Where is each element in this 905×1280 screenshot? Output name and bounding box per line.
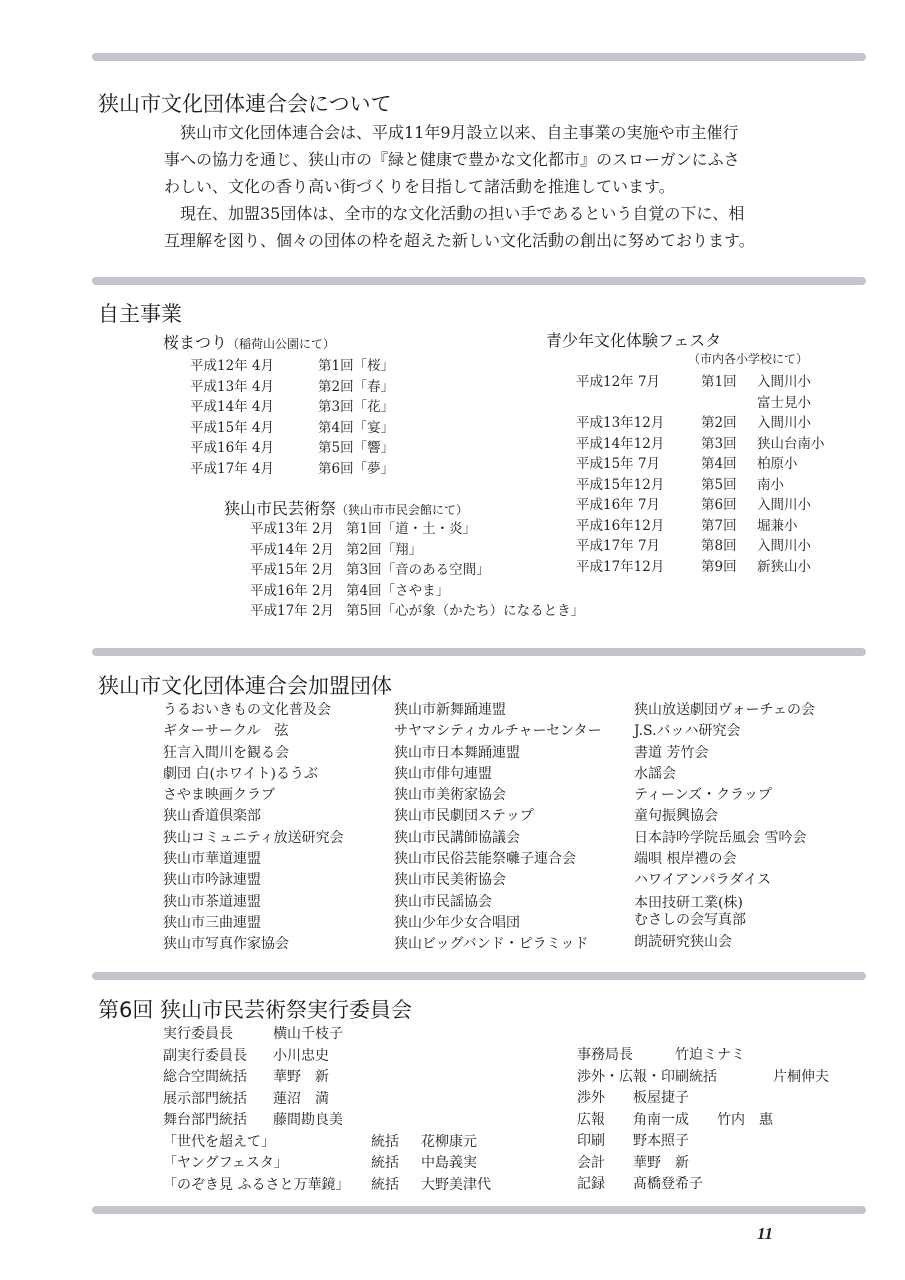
geijutsusai-list: 平成13年 2月第1回「道・土・炎」 平成14年 2月第2回「翔」 平成15年 …	[250, 519, 584, 622]
list-item: 本田技研工業(株)	[634, 895, 815, 912]
list-item: 平成15年 7月第4回柏原小	[576, 454, 825, 475]
list-item: 平成13年 2月第1回「道・土・炎」	[250, 519, 584, 540]
list-item: 狭山放送劇団ヴォーチェの会	[634, 700, 815, 721]
list-item: J.S.バッハ研究会	[634, 721, 815, 742]
list-item: 渉外板屋捷子	[577, 1088, 829, 1110]
divider	[92, 648, 866, 656]
list-item: 会計華野 新	[577, 1153, 829, 1175]
list-item: 狭山市日本舞踊連盟	[394, 743, 602, 764]
list-item: 狭山市三曲連盟	[163, 913, 344, 934]
list-item: うるおいきもの文化普及会	[163, 700, 344, 721]
projects-heading: 自主事業	[98, 298, 182, 328]
list-item: 平成12年 7月第1回入間川小	[576, 372, 825, 393]
list-item: 狭山市新舞踊連盟	[394, 700, 602, 721]
list-item: 「ヤングフェスタ」統括中島義実	[163, 1153, 491, 1175]
list-item: 平成13年 4月第2回「春」	[190, 377, 394, 398]
list-item: 平成16年 7月第6回入間川小	[576, 495, 825, 516]
list-item: 平成15年 2月第3回「音のある空間」	[250, 560, 584, 581]
members-heading: 狭山市文化団体連合会加盟団体	[98, 670, 392, 700]
committee-left: 実行委員長横山千枝子 副実行委員長小川忠史 総合空間統括華野 新 展示部門統括蓮…	[163, 1024, 491, 1196]
list-item: 劇団 白(ホワイト)るうぶ	[163, 764, 344, 785]
sakura-venue: （稲荷山公園にて）	[227, 337, 335, 351]
list-item: 書道 芳竹会	[634, 743, 815, 764]
list-item: 平成14年12月第3回狭山台南小	[576, 434, 825, 455]
sakura-name: 桜まつり	[163, 333, 227, 352]
list-item: 狭山市吟詠連盟	[163, 870, 344, 891]
list-item: 狭山市民俗芸能祭囃子連合会	[394, 849, 602, 870]
list-item: 平成17年12月第9回新狭山小	[576, 557, 825, 578]
list-item: 平成13年12月第2回入間川小	[576, 413, 825, 434]
sakura-list: 平成12年 4月第1回「桜」 平成13年 4月第2回「春」 平成14年 4月第3…	[190, 356, 394, 479]
about-line: 事への協力を通じ、狭山市の『緑と健康で豊かな文化都市』のスローガンにふさ	[164, 147, 740, 173]
list-item: 平成17年 4月第6回「夢」	[190, 459, 394, 480]
page-number: 11	[757, 1224, 773, 1244]
list-item: 「世代を超えて」統括花柳康元	[163, 1132, 491, 1154]
list-item: 狭山市民講師協議会	[394, 828, 602, 849]
list-item: 狭山市俳句連盟	[394, 764, 602, 785]
list-item: 印刷野本照子	[577, 1131, 829, 1153]
members-col3: 狭山放送劇団ヴォーチェの会 J.S.バッハ研究会 書道 芳竹会 水謡会 ティーン…	[634, 700, 815, 953]
divider	[92, 1206, 866, 1214]
sakura-title: 桜まつり（稲荷山公園にて）	[163, 330, 335, 353]
list-item: 狭山市民劇団ステップ	[394, 806, 602, 827]
festa-title: 青少年文化体験フェスタ	[546, 328, 721, 351]
list-item: 平成12年 4月第1回「桜」	[190, 356, 394, 377]
list-item: 端唄 根岸禮の会	[634, 849, 815, 870]
list-item: 水謡会	[634, 764, 815, 785]
list-item: 渉外・広報・印刷統括片桐伸夫	[577, 1067, 829, 1089]
list-item: 狭山市写真作家協会	[163, 934, 344, 955]
list-item: 狭山市美術家協会	[394, 785, 602, 806]
list-item: 平成15年 4月第4回「宴」	[190, 418, 394, 439]
list-item: 狭山香道倶楽部	[163, 806, 344, 827]
members-col1: うるおいきもの文化普及会 ギターサークル 弦 狂言入間川を観る会 劇団 白(ホワ…	[163, 700, 344, 956]
list-item: 舞台部門統括藤間勘良美	[163, 1110, 491, 1132]
about-line: わしい、文化の香り高い街づくりを目指して諸活動を推進しています。	[164, 174, 675, 200]
list-item: 記録髙橋登希子	[577, 1174, 829, 1196]
list-item: ティーンズ・クラップ	[634, 785, 815, 806]
list-item: ギターサークル 弦	[163, 721, 344, 742]
list-item: 広報角南一成 竹内 惠	[577, 1110, 829, 1132]
geijutsusai-title: 狭山市民芸術祭（狭山市市民会館にて）	[224, 496, 468, 519]
list-item: 「のぞき見 ふるさと万華鏡」統括大野美津代	[163, 1175, 491, 1197]
list-item: 狭山市民謡協会	[394, 892, 602, 913]
list-item: 童句振興協会	[634, 806, 815, 827]
list-item: 狭山市茶道連盟	[163, 892, 344, 913]
list-item: 実行委員長横山千枝子	[163, 1024, 491, 1046]
list-item: 富士見小	[576, 393, 825, 414]
list-item: 総合空間統括華野 新	[163, 1067, 491, 1089]
divider	[92, 53, 866, 61]
list-item: 平成17年 2月第5回「心が象（かたち）になるとき」	[250, 601, 584, 622]
festa-list: 平成12年 7月第1回入間川小 富士見小 平成13年12月第2回入間川小 平成1…	[576, 372, 825, 577]
list-item: 狂言入間川を観る会	[163, 743, 344, 764]
committee-right: 事務局長竹迫ミナミ 渉外・広報・印刷統括片桐伸夫 渉外板屋捷子 広報角南一成 竹…	[577, 1045, 829, 1196]
about-line: 互理解を図り、個々の団体の枠を超えた新しい文化活動の創出に努めております。	[164, 228, 755, 254]
list-item: 事務局長竹迫ミナミ	[577, 1045, 829, 1067]
geijutsusai-name: 狭山市民芸術祭	[224, 499, 336, 518]
list-item: むさしの会写真部	[634, 912, 815, 929]
list-item: 展示部門統括蓮沼 満	[163, 1089, 491, 1111]
about-line: 現在、加盟35団体は、全市的な文化活動の担い手であるという自覚の下に、相	[180, 201, 744, 227]
list-item: 副実行委員長小川忠史	[163, 1046, 491, 1068]
list-item: 平成16年 2月第4回「さやま」	[250, 581, 584, 602]
list-item: 狭山ビッグバンド・ピラミッド	[394, 934, 602, 955]
festa-venue: （市内各小学校にて）	[688, 350, 808, 367]
list-item: 朗読研究狭山会	[634, 932, 815, 953]
list-item: 平成17年 7月第8回入間川小	[576, 536, 825, 557]
about-line: 狭山市文化団体連合会は、平成11年9月設立以来、自主事業の実施や市主催行	[180, 120, 739, 146]
list-item: 平成15年12月第5回南小	[576, 475, 825, 496]
list-item: 狭山コミュニティ放送研究会	[163, 828, 344, 849]
list-item: さやま映画クラブ	[163, 785, 344, 806]
list-item: 平成14年 2月第2回「翔」	[250, 540, 584, 561]
divider	[92, 972, 866, 980]
geijutsusai-venue: （狭山市市民会館にて）	[336, 503, 468, 517]
list-item: ハワイアンパラダイス	[634, 870, 815, 891]
divider	[92, 277, 866, 285]
list-item: 狭山市民美術協会	[394, 870, 602, 891]
members-col2: 狭山市新舞踊連盟 サヤマシティカルチャーセンター 狭山市日本舞踊連盟 狭山市俳句…	[394, 700, 602, 956]
about-heading: 狭山市文化団体連合会について	[98, 88, 392, 118]
list-item: 平成14年 4月第3回「花」	[190, 397, 394, 418]
list-item: 平成16年12月第7回堀兼小	[576, 516, 825, 537]
list-item: サヤマシティカルチャーセンター	[394, 721, 602, 742]
committee-heading: 第6回 狭山市民芸術祭実行委員会	[98, 994, 412, 1024]
list-item: 狭山市華道連盟	[163, 849, 344, 870]
list-item: 日本詩吟学院岳風会 雪吟会	[634, 828, 815, 849]
list-item: 平成16年 4月第5回「響」	[190, 438, 394, 459]
list-item: 狭山少年少女合唱団	[394, 913, 602, 934]
